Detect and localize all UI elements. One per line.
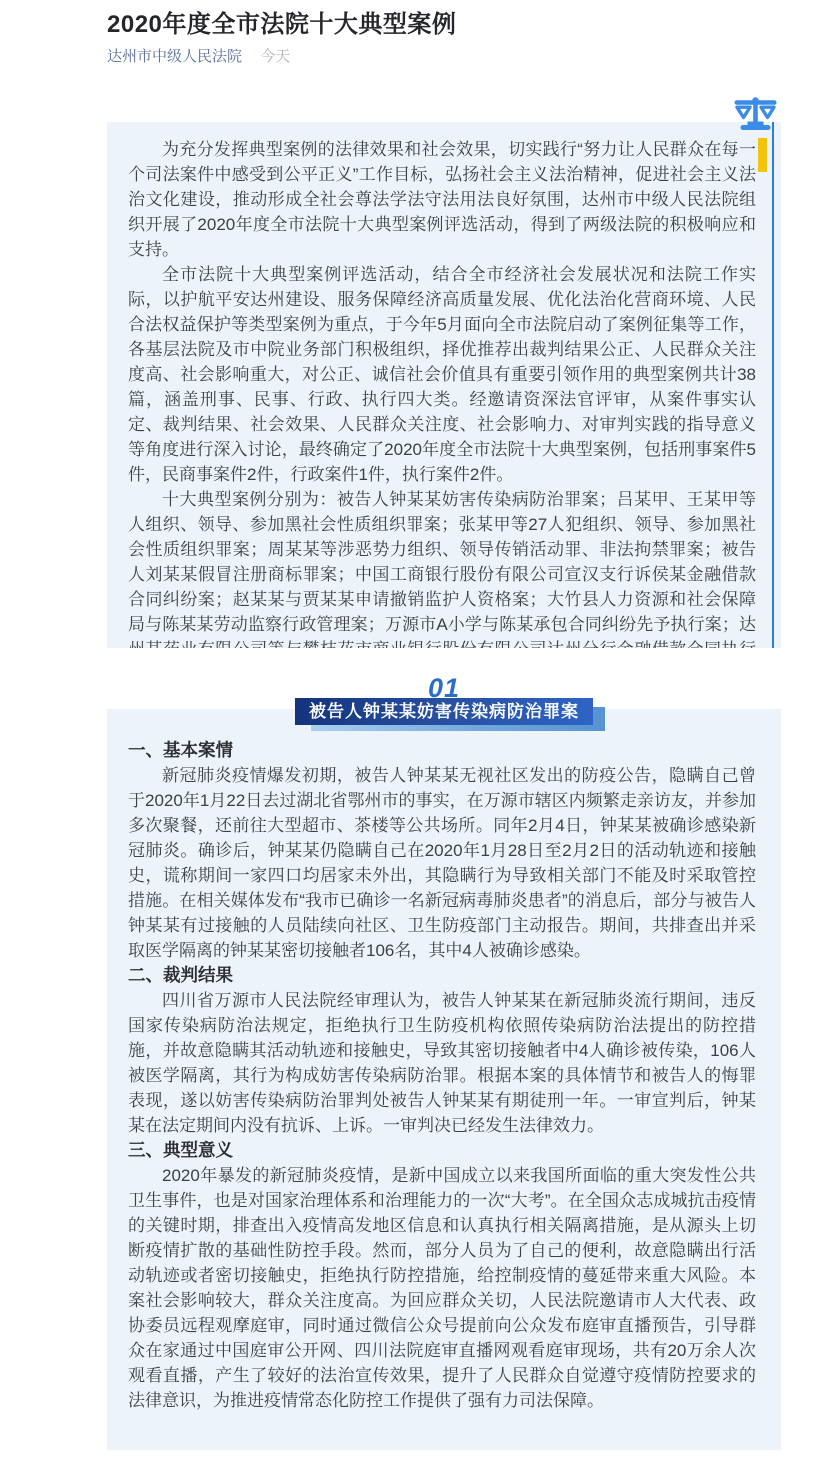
scrollbar-thumb[interactable]	[758, 138, 767, 172]
intro-paragraph: 全市法院十大典型案例评选活动，结合全市经济社会发展状况和法院工作实际，以护航平安…	[128, 262, 756, 487]
case-heading-significance: 三、典型意义	[128, 1138, 756, 1163]
scrollbar-track	[772, 122, 774, 648]
publish-time: 今天	[260, 48, 290, 65]
case-text-judgment: 四川省万源市人民法院经审理认为，被告人钟某某在新冠肺炎流行期间，违反国家传染病防…	[128, 988, 756, 1138]
scales-of-justice-icon	[733, 97, 778, 130]
case-title-badge: 被告人钟某某妨害传染病防治罪案	[295, 698, 593, 725]
case-title-ribbon: 被告人钟某某妨害传染病防治罪案	[295, 698, 593, 725]
account-name-link[interactable]: 达州市中级人民法院	[107, 48, 242, 65]
case-panel: 一、基本案情 新冠肺炎疫情爆发初期，被告人钟某某无视社区发出的防疫公告，隐瞒自己…	[107, 709, 781, 1450]
article-page: 2020年度全市法院十大典型案例 达州市中级人民法院 今天 为充分发挥典型案例的…	[0, 0, 831, 1463]
case-text-facts: 新冠肺炎疫情爆发初期，被告人钟某某无视社区发出的防疫公告，隐瞒自己曾于2020年…	[128, 763, 756, 963]
intro-paragraph: 为充分发挥典型案例的法律效果和社会效果，切实践行“努力让人民群众在每一个司法案件…	[128, 137, 756, 262]
intro-panel: 为充分发挥典型案例的法律效果和社会效果，切实践行“努力让人民群众在每一个司法案件…	[107, 122, 781, 648]
case-heading-facts: 一、基本案情	[128, 738, 756, 763]
page-title: 2020年度全市法院十大典型案例	[107, 4, 707, 39]
case-section-header: 01 被告人钟某某妨害传染病防治罪案	[107, 675, 781, 725]
case-heading-judgment: 二、裁判结果	[128, 963, 756, 988]
byline: 达州市中级人民法院 今天	[107, 45, 290, 66]
case-text-significance: 2020年暴发的新冠肺炎疫情，是新中国成立以来我国所面临的重大突发性公共卫生事件…	[128, 1163, 756, 1413]
intro-paragraph: 十大典型案例分别为：被告人钟某某妨害传染病防治罪案；吕某甲、王某甲等人组织、领导…	[128, 487, 756, 648]
